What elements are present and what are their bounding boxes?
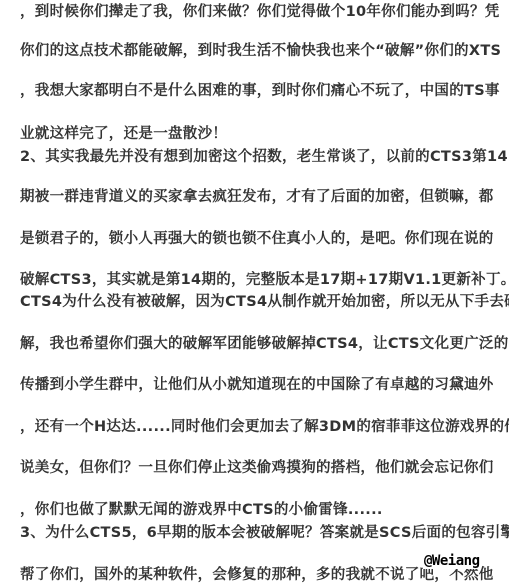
- watermark: @Weiang: [423, 553, 481, 569]
- document-body: ，到时候你们撵走了我，你们来做？你们觉得做个10年你们能办到吗？凭 你们的这点技…: [0, 0, 509, 585]
- text-line: ，到时候你们撵走了我，你们来做？你们觉得做个10年你们能办到吗？凭: [20, 2, 500, 22]
- text-line: ，我想大家都明白不是什么困难的事，到时你们痛心不玩了，中国的TS事: [20, 81, 500, 101]
- text-line: 你们的这点技术都能破解，到时我生活不愉快我也来个“破解”你们的XTS: [20, 41, 501, 61]
- text-line: 3、为什么CTS5，6早期的版本会被破解呢？答案就是SCS后面的包容引擎: [20, 523, 509, 543]
- text-line: 破解CTS3，其实就是第14期的，完整版本是17期+17期V1.1更新补丁。: [20, 270, 509, 290]
- text-line: 传播到小学生群中，让他们从小就知道现在的中国除了有卓越的习黛迪外: [20, 375, 494, 395]
- text-line: 是锁君子的，锁小人再强大的锁也锁不住真小人的，是吧。你们现在说的: [20, 229, 494, 249]
- text-line: 业就这样完了，还是一盘散沙！: [20, 124, 227, 144]
- text-line: ，还有一个H达达......同时他们会更加去了解3DM的宿菲菲这位游戏界的传: [20, 417, 509, 437]
- text-line: 2、其实我最先并没有想到加密这个招数，老生常谈了，以前的CTS3第14: [20, 147, 508, 167]
- text-line: 期被一群违背道义的买家拿去疯狂发布，才有了后面的加密，但锁嘛，都: [20, 187, 494, 207]
- text-line: 说美女，但你们？一旦你们停止这类偷鸡摸狗的搭档，他们就会忘记你们: [20, 458, 494, 478]
- text-line: ，你们也做了默默无闻的游戏界中CTS的小偷雷锋......: [20, 500, 383, 520]
- text-line: CTS4为什么没有被破解，因为CTS4从制作就开始加密，所以无从下手去破: [20, 292, 509, 312]
- text-line: 解，我也希望你们强大的破解军团能够破解掉CTS4，让CTS文化更广泛的: [20, 334, 509, 354]
